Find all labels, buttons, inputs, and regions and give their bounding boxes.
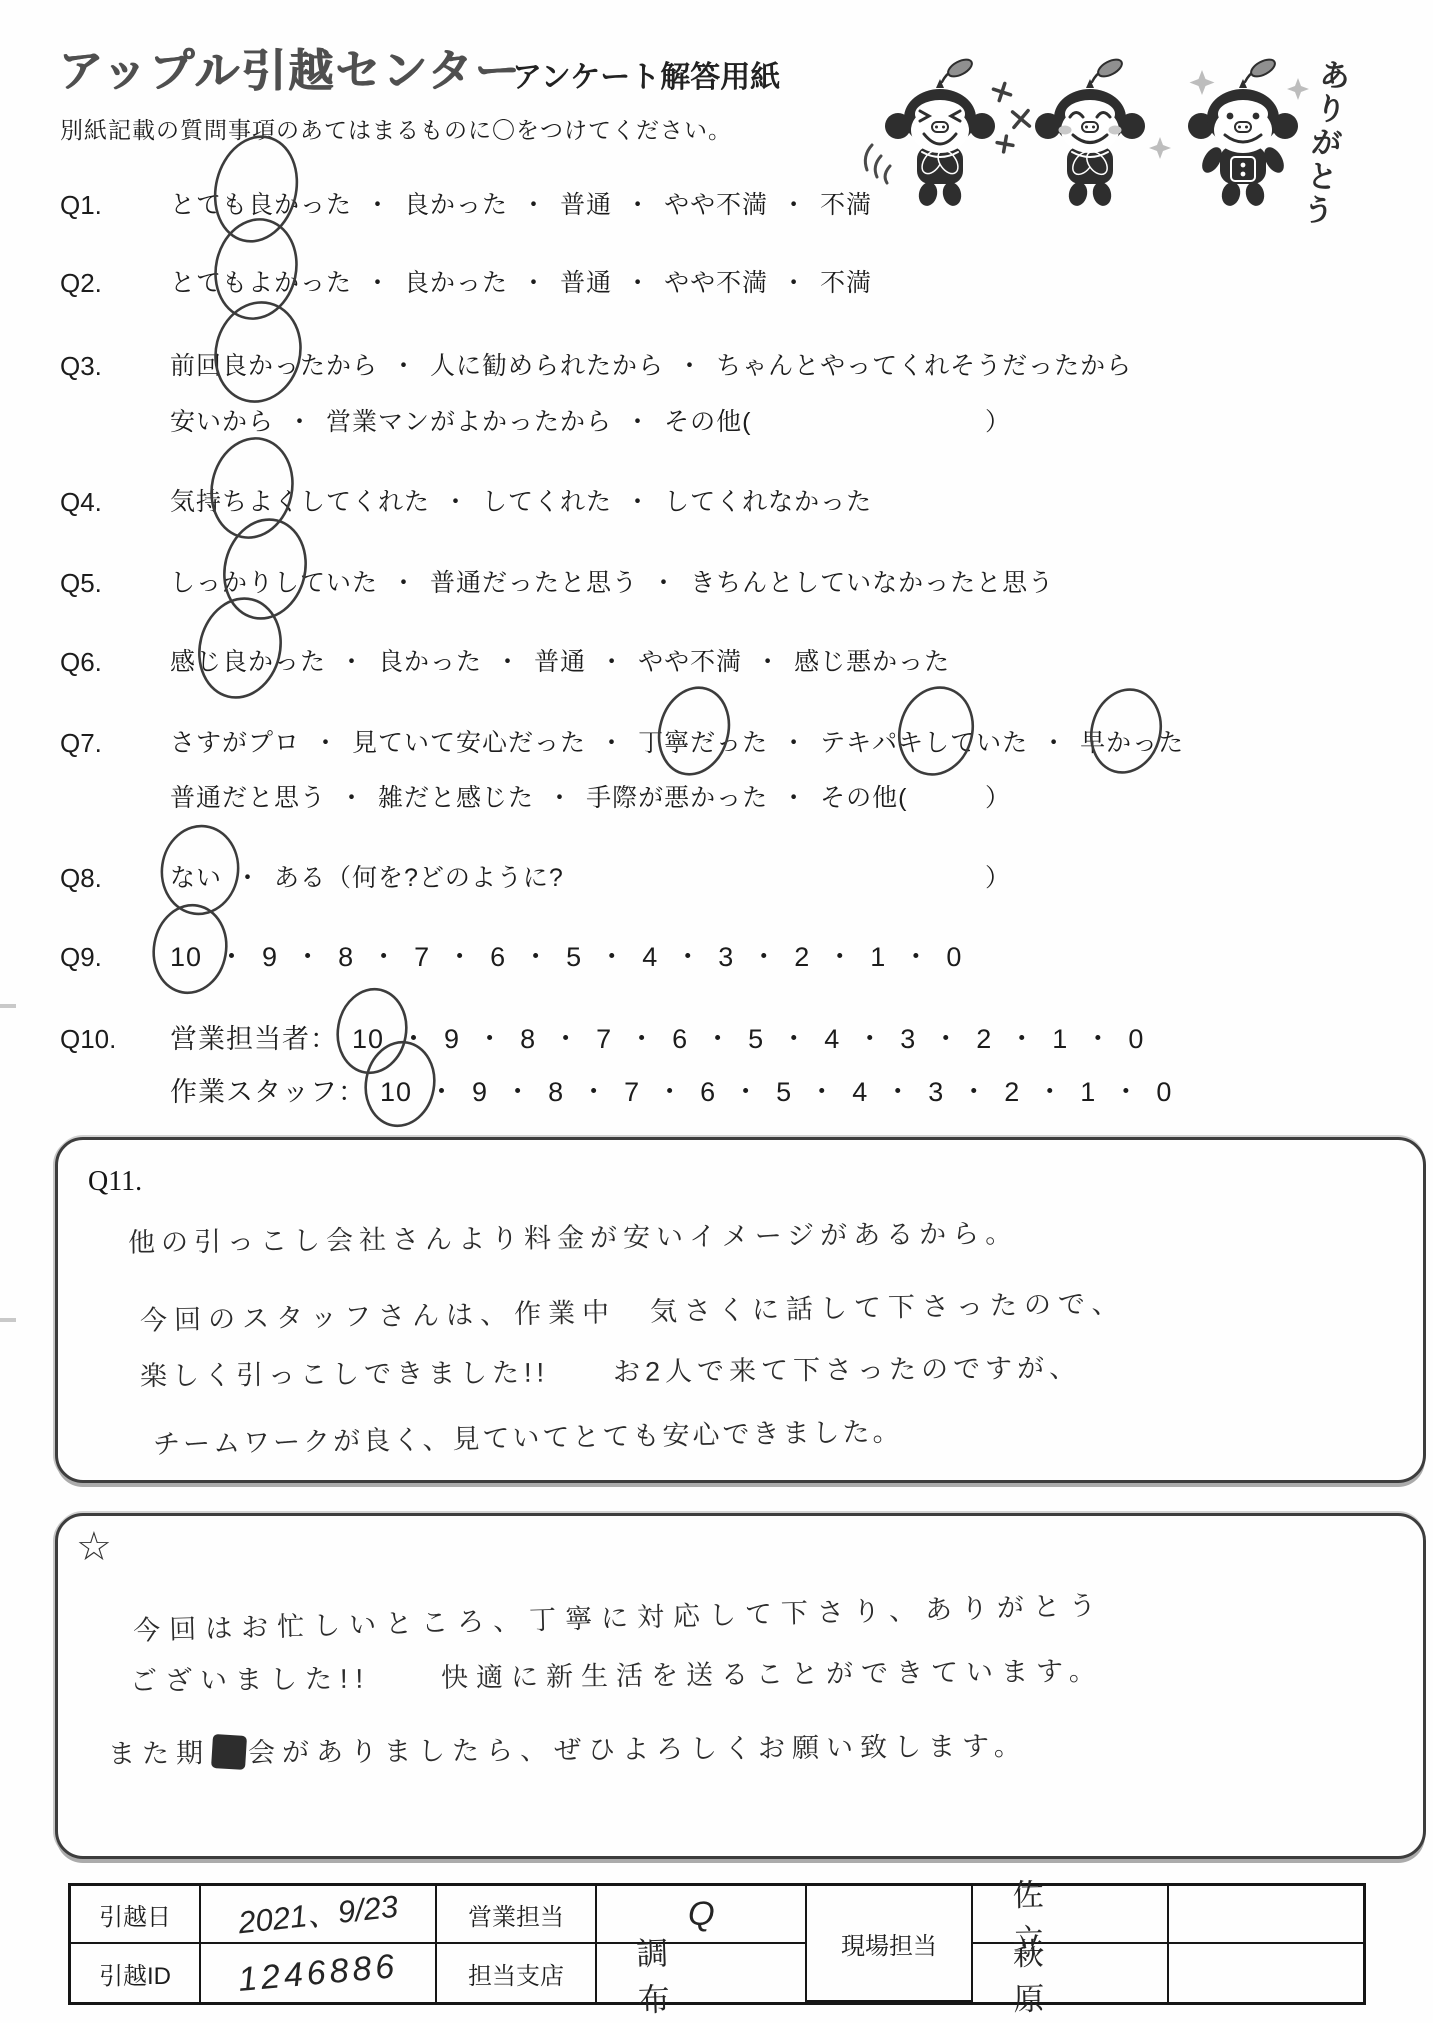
option-separator: ・ [625, 488, 651, 516]
option-separator: ・ [651, 569, 677, 597]
option-separator: ・ [521, 269, 547, 297]
answer-option: 5 [776, 1075, 792, 1109]
question-row-q9: Q9.10・9・8・7・6・5・4・3・2・1・0 [0, 940, 1433, 974]
option-separator: ・ [552, 1024, 580, 1054]
answer-option: 3 [928, 1075, 944, 1109]
option-separator: ・ [504, 1077, 532, 1107]
answer-option: 普通 [534, 645, 586, 679]
option-separator: ・ [218, 942, 246, 972]
answer-option: 9 [262, 940, 278, 974]
motion-lines-icon [865, 145, 890, 183]
answer-option: 9 [472, 1075, 488, 1109]
closing-paren: ） [985, 781, 1010, 815]
options-line: 普通だと思う・雑だと感じた・手際が悪かった・その他( [170, 781, 907, 815]
question-id: Q9. [60, 940, 102, 974]
answer-option: 1 [1080, 1075, 1096, 1109]
question-row-q3-line2: 安いから・営業マンがよかったから・その他(） [0, 405, 1433, 439]
site-crew-name-2: 萩原 [973, 1944, 1169, 2002]
pen-circle-mark [194, 592, 286, 704]
question-id: Q1. [60, 188, 102, 222]
answer-option-circled: 10 [352, 1022, 384, 1056]
scan-artifact [0, 1004, 16, 1008]
star-icon: ☆ [76, 1524, 112, 1570]
plus-sparkles-icon [991, 81, 1037, 154]
pen-circle-mark [210, 213, 302, 325]
option-separator: ・ [476, 1024, 504, 1054]
option-separator: ・ [625, 269, 651, 297]
closing-paren: ） [985, 405, 1010, 439]
handwritten-line: 今回はお忙しいところ、丁寧に対応して下さり、ありがとう [133, 1583, 1106, 1647]
answer-option: 安いから [170, 405, 274, 439]
answer-option-circled: テキパキしていた [820, 726, 1028, 760]
answer-option: 8 [338, 940, 354, 974]
answer-option: その他( [664, 405, 751, 439]
answer-option: 4 [852, 1075, 868, 1109]
answer-option: 2 [976, 1022, 992, 1056]
handwritten-line: 他の引っこし会社さんより料金が安いイメージがあるから。 [128, 1211, 1019, 1259]
branch-value: 調布 [597, 1944, 807, 2002]
pen-circle-mark [206, 432, 298, 544]
handwritten-line: 楽しく引っこしできました!! お2人で来て下さったのですが、 [140, 1346, 1081, 1393]
answer-option-circled: 前回良かったから [170, 349, 378, 383]
answer-option: やや不満 [638, 645, 742, 679]
question-row-q2: Q2.とてもよかった・良かった・普通・やや不満・不満 [0, 266, 1433, 300]
move-date-label: 引越日 [71, 1886, 201, 1944]
answer-option: 手際が悪かった [586, 781, 768, 815]
option-separator: ・ [656, 1077, 684, 1107]
question-id: Q10. [60, 1022, 116, 1056]
answer-option: 良かった [404, 188, 508, 222]
answer-option: ある（何を?どのように? [274, 861, 564, 895]
option-separator: ・ [674, 942, 702, 972]
handwritten-line: 今回のスタッフさんは、作業中 気さくに話して下さったので、 [140, 1281, 1126, 1337]
options-line: 営業担当者：10・9・8・7・6・5・4・3・2・1・0 [170, 1022, 1144, 1056]
answer-option-circled: 10 [170, 940, 202, 974]
option-separator: ・ [625, 191, 651, 219]
extra-comment-box: ☆ 今回はお忙しいところ、丁寧に対応して下さり、ありがとう ございました!! 快… [55, 1513, 1426, 1859]
answer-option: 9 [444, 1022, 460, 1056]
option-separator: ・ [391, 569, 417, 597]
q11-label: Q11. [88, 1166, 142, 1198]
brand-logo: アップル引越センター [58, 34, 521, 99]
answer-option: 0 [1128, 1022, 1144, 1056]
answer-option: 良かった [378, 645, 482, 679]
question-row-q7-line1: Q7.さすがプロ・見ていて安心だった・丁寧だった・テキパキしていた・早かった [0, 726, 1433, 760]
option-separator: ・ [704, 1024, 732, 1054]
pen-circle-mark [894, 681, 978, 781]
question-id: Q4. [60, 485, 102, 519]
option-separator: ・ [339, 648, 365, 676]
info-table: 引越日 2021、9/23 営業担当 Q 現場担当 佐立 引越ID 124688… [68, 1883, 1366, 2005]
answer-option: 人に勧められたから [430, 349, 664, 383]
answer-option: その他( [820, 781, 907, 815]
answer-option: 6 [672, 1022, 688, 1056]
answer-option-circled: 10 [380, 1075, 412, 1109]
answer-option: 不満 [820, 266, 872, 300]
scanned-survey-page: アップル引越センター アンケート解答用紙 別紙記載の質問事項のあてはまるものに〇… [0, 0, 1433, 2023]
answer-option: 2 [794, 940, 810, 974]
option-separator: ・ [750, 942, 778, 972]
option-separator: ・ [781, 784, 807, 812]
question-id: Q6. [60, 645, 102, 679]
move-date-value: 2021、9/23 [201, 1886, 437, 1944]
option-separator: ・ [599, 729, 625, 757]
answer-option-circled: ない [170, 861, 222, 895]
question-id: Q8. [60, 861, 102, 895]
site-crew-label: 現場担当 [807, 1886, 973, 2002]
answer-option: 5 [748, 1022, 764, 1056]
answer-option: 4 [642, 940, 658, 974]
handwritten-line: また期会がありましたら、ぜひよろしくお願い致します。 [108, 1724, 1028, 1771]
options-line: さすがプロ・見ていて安心だった・丁寧だった・テキパキしていた・早かった [170, 726, 1184, 760]
answer-option-circled: とてもよかった [170, 266, 352, 300]
options-line: しっかりしていた・普通だったと思う・きちんとしていなかったと思う [170, 566, 1054, 600]
answer-option-circled: 丁寧だった [638, 726, 768, 760]
option-separator: ・ [1084, 1024, 1112, 1054]
answer-option: 普通 [560, 266, 612, 300]
question-row-q10-line2: 作業スタッフ：10・9・8・7・6・5・4・3・2・1・0 [0, 1075, 1433, 1109]
option-separator: ・ [808, 1077, 836, 1107]
answer-option: 3 [900, 1022, 916, 1056]
answer-option: してくれなかった [664, 485, 872, 519]
empty-cell [1169, 1886, 1363, 1944]
q11-comment-box: Q11. 他の引っこし会社さんより料金が安いイメージがあるから。 今回のスタッフ… [55, 1137, 1426, 1483]
option-separator: ・ [826, 942, 854, 972]
answer-option: 1 [1052, 1022, 1068, 1056]
answer-option: 0 [946, 940, 962, 974]
question-row-q8: Q8.ない・ある（何を?どのように?） [0, 861, 1433, 895]
question-id: Q5. [60, 566, 102, 600]
option-separator: ・ [522, 942, 550, 972]
answer-option-circled: 早かった [1080, 726, 1184, 760]
options-line: 感じ良かった・良かった・普通・やや不満・感じ悪かった [170, 645, 950, 679]
answer-option-circled: 感じ良かった [170, 645, 326, 679]
question-row-q5: Q5.しっかりしていた・普通だったと思う・きちんとしていなかったと思う [0, 566, 1433, 600]
option-separator: ・ [443, 488, 469, 516]
closing-paren: ） [985, 861, 1010, 895]
option-separator: ・ [856, 1024, 884, 1054]
move-id-value: 1246886 [201, 1944, 437, 2002]
subscale-label: 作業スタッフ： [170, 1077, 366, 1107]
option-separator: ・ [521, 191, 547, 219]
move-id-label: 引越ID [71, 1944, 201, 2002]
option-separator: ・ [365, 191, 391, 219]
pen-circle-mark [654, 681, 734, 781]
answer-option: 良かった [404, 266, 508, 300]
handwritten-segment: 会がありましたら、ぜひよろしくお願い致します。 [248, 1731, 1028, 1768]
option-separator: ・ [287, 408, 313, 436]
option-separator: ・ [677, 352, 703, 380]
answer-option: 4 [824, 1022, 840, 1056]
answer-option-circled: 気持ちよくしてくれた [170, 485, 430, 519]
option-separator: ・ [446, 942, 474, 972]
question-row-q7-line2: 普通だと思う・雑だと感じた・手際が悪かった・その他(） [0, 781, 1433, 815]
question-row-q10-line1: Q10.営業担当者：10・9・8・7・6・5・4・3・2・1・0 [0, 1022, 1433, 1056]
options-line: 気持ちよくしてくれた・してくれた・してくれなかった [170, 485, 872, 519]
option-separator: ・ [598, 942, 626, 972]
answer-option: 6 [490, 940, 506, 974]
option-separator: ・ [547, 784, 573, 812]
option-separator: ・ [370, 942, 398, 972]
options-line: とてもよかった・良かった・普通・やや不満・不満 [170, 266, 872, 300]
answer-option: 見ていて安心だった [352, 726, 586, 760]
question-row-q6: Q6.感じ良かった・良かった・普通・やや不満・感じ悪かった [0, 645, 1433, 679]
answer-option: 1 [870, 940, 886, 974]
option-separator: ・ [599, 648, 625, 676]
question-id: Q3. [60, 349, 102, 383]
answer-option: 8 [520, 1022, 536, 1056]
answer-option: 営業マンがよかったから [326, 405, 612, 439]
answer-option: きちんとしていなかったと思う [690, 566, 1054, 600]
pen-circle-mark [210, 296, 306, 408]
handwritten-line: チームワークが良く、見ていてとても安心できました。 [153, 1409, 903, 1461]
answer-option: 感じ悪かった [794, 645, 950, 679]
option-separator: ・ [313, 729, 339, 757]
answer-option: 不満 [820, 188, 872, 222]
scribble-redaction [211, 1734, 247, 1770]
handwritten-line: ございました!! 快適に新生活を送ることができています。 [130, 1649, 1104, 1698]
options-line: 作業スタッフ：10・9・8・7・6・5・4・3・2・1・0 [170, 1075, 1172, 1109]
option-separator: ・ [391, 352, 417, 380]
answer-option: 7 [596, 1022, 612, 1056]
option-separator: ・ [365, 269, 391, 297]
option-separator: ・ [732, 1077, 760, 1107]
answer-option: してくれた [482, 485, 612, 519]
option-separator: ・ [960, 1077, 988, 1107]
options-line: 10・9・8・7・6・5・4・3・2・1・0 [170, 940, 962, 974]
options-line: とても良かった・良かった・普通・やや不満・不満 [170, 188, 872, 222]
answer-option: やや不満 [664, 188, 768, 222]
options-line: ない・ある（何を?どのように? [170, 861, 564, 895]
option-separator: ・ [781, 269, 807, 297]
question-row-q4: Q4.気持ちよくしてくれた・してくれた・してくれなかった [0, 485, 1433, 519]
answer-option: 6 [700, 1075, 716, 1109]
option-separator: ・ [1112, 1077, 1140, 1107]
handwritten-segment: また期 [108, 1738, 210, 1769]
scan-artifact [0, 1318, 16, 1322]
subscale-label: 営業担当者： [170, 1024, 338, 1054]
option-separator: ・ [755, 648, 781, 676]
option-separator: ・ [400, 1024, 428, 1054]
answer-option: 普通だったと思う [430, 566, 638, 600]
option-separator: ・ [1041, 729, 1067, 757]
option-separator: ・ [625, 408, 651, 436]
answer-option: 5 [566, 940, 582, 974]
monkey-mascot-1 [885, 56, 995, 208]
answer-option: 7 [624, 1075, 640, 1109]
answer-option: ちゃんとやってくれそうだったから [716, 349, 1132, 383]
branch-label: 担当支店 [437, 1944, 597, 2002]
option-separator: ・ [932, 1024, 960, 1054]
empty-cell [1169, 1944, 1363, 2002]
pen-circle-mark [219, 513, 311, 625]
answer-option: やや不満 [664, 266, 768, 300]
sales-rep-label: 営業担当 [437, 1886, 597, 1944]
option-separator: ・ [1008, 1024, 1036, 1054]
option-separator: ・ [781, 191, 807, 219]
page-title: アンケート解答用紙 [512, 52, 780, 96]
answer-option-circled: とても良かった [170, 188, 352, 222]
monkey-mascot-2 [1035, 56, 1145, 208]
answer-option: 0 [1156, 1075, 1172, 1109]
option-separator: ・ [235, 864, 261, 892]
option-separator: ・ [628, 1024, 656, 1054]
answer-option: 2 [1004, 1075, 1020, 1109]
option-separator: ・ [294, 942, 322, 972]
question-id: Q2. [60, 266, 102, 300]
question-row-q3-line1: Q3.前回良かったから・人に勧められたから・ちゃんとやってくれそうだったから [0, 349, 1433, 383]
answer-option: 普通 [560, 188, 612, 222]
option-separator: ・ [339, 784, 365, 812]
question-row-q1: Q1.とても良かった・良かった・普通・やや不満・不満 [0, 188, 1433, 222]
pen-circle-mark [210, 130, 302, 248]
answer-option-circled: しっかりしていた [170, 566, 378, 600]
option-separator: ・ [428, 1077, 456, 1107]
option-separator: ・ [884, 1077, 912, 1107]
instruction-text: 別紙記載の質問事項のあてはまるものに〇をつけてください。 [60, 112, 732, 145]
question-id: Q7. [60, 726, 102, 760]
pen-circle-mark [156, 820, 244, 920]
option-separator: ・ [580, 1077, 608, 1107]
options-line: 安いから・営業マンがよかったから・その他( [170, 405, 751, 439]
option-separator: ・ [781, 729, 807, 757]
option-separator: ・ [1036, 1077, 1064, 1107]
option-separator: ・ [902, 942, 930, 972]
answer-option: 7 [414, 940, 430, 974]
option-separator: ・ [780, 1024, 808, 1054]
answer-option: 8 [548, 1075, 564, 1109]
option-separator: ・ [495, 648, 521, 676]
answer-option: さすがプロ [170, 726, 300, 760]
answer-option: 3 [718, 940, 734, 974]
answer-option: 普通だと思う [170, 781, 326, 815]
answer-option: 雑だと感じた [378, 781, 534, 815]
pen-circle-mark [1086, 683, 1166, 779]
options-line: 前回良かったから・人に勧められたから・ちゃんとやってくれそうだったから [170, 349, 1132, 383]
